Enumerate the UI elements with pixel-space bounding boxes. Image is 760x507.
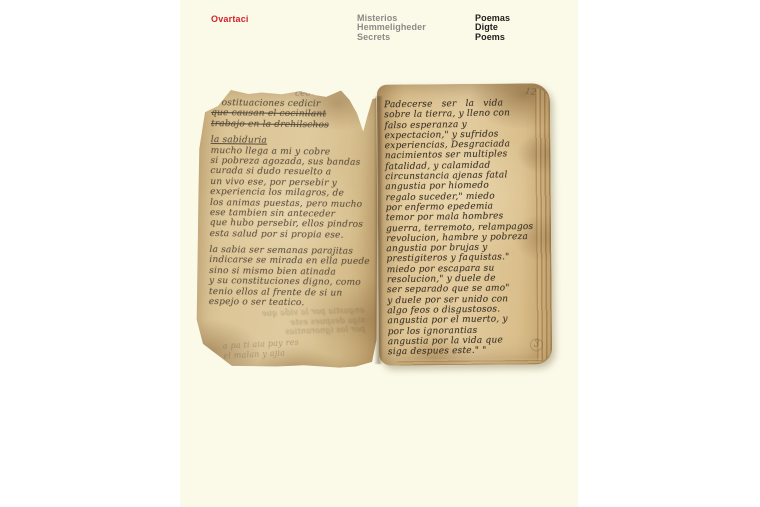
section-title-en: Poems <box>475 33 510 42</box>
artist-name: Ovartaci <box>211 14 249 24</box>
series-title-en: Secrets <box>357 33 426 42</box>
notebook-right-page: 12 Padecerse ser la vidasobre la tierra,… <box>377 83 552 365</box>
right-page-handwriting: Padecerse ser la vidasobre la tierra, y … <box>384 98 548 358</box>
corner-number: 12 <box>524 87 537 99</box>
series-title-block: Misterios Hemmeligheder Secrets <box>357 14 426 42</box>
left-page-handwriting: prostituaciones cedicirque causan el coc… <box>209 98 377 309</box>
notebook-left-page: ceducir prostituaciones cedicirque causa… <box>193 86 378 371</box>
pencil-annotation: ceducir <box>295 87 330 99</box>
page-number: 3 <box>530 338 543 351</box>
handwriting-line: siga despues este." " <box>388 345 548 358</box>
notebook-photo: ceducir prostituaciones cedicirque causa… <box>193 84 553 376</box>
left-page-bleedthrough-text: angustia por la vida quesiga despues est… <box>215 305 366 339</box>
section-title-block: Poemas Digte Poems <box>475 14 510 42</box>
page-stack-edge-bottom <box>397 358 542 365</box>
book-page-panel: Ovartaci Misterios Hemmeligheder Secrets… <box>180 0 578 507</box>
spine-shadow <box>374 96 383 364</box>
handwriting-line: trabajo en la drehilschos <box>211 119 376 131</box>
left-page-faint-pencil-text: a pa ti aia pay resel malan y ajia <box>223 334 364 360</box>
handwriting-line: esta salud por si propia ese. <box>210 229 375 241</box>
